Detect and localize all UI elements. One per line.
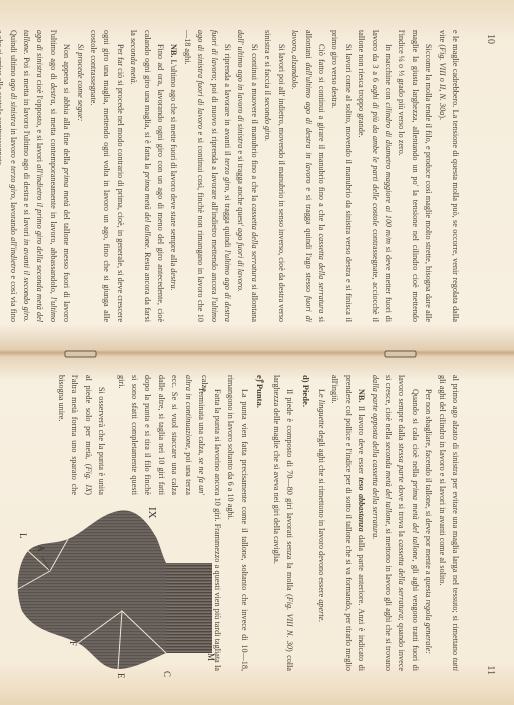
paper-speck xyxy=(261,380,264,383)
paragraph: Per non sbagliare, facendo il tallone, s… xyxy=(422,375,435,671)
page-number: 10 xyxy=(485,34,496,44)
figure-label-l: L xyxy=(18,533,28,539)
paragraph: Quando si cala cioè nella prima metà del… xyxy=(368,375,422,671)
paragraph: La punta vien fatta precisamente come il… xyxy=(224,375,251,671)
figure-label-c: C xyxy=(162,671,172,677)
section-heading: e) Punta. xyxy=(253,375,266,671)
paragraph: NB. L'ultimo ago che si mette fuori di l… xyxy=(167,30,180,322)
paragraph: NB. Il lavoro deve esser teso abbastanza… xyxy=(328,375,368,671)
page-11: 11 al primo ago alzato di sinistra per e… xyxy=(0,353,514,705)
figure-label-f: F xyxy=(68,641,78,646)
paragraph: e le maglie cadrebbero. La tensione di q… xyxy=(435,30,462,322)
book-spread: 10 e le maglie cadrebbero. La tensione d… xyxy=(0,0,514,705)
paragraph: al primo ago alzato di sinistra per evit… xyxy=(435,375,462,671)
paragraph: Ciò fatto si continui a girare il manubr… xyxy=(288,30,328,322)
scan-viewport: 10 e le maglie cadrebbero. La tensione d… xyxy=(0,0,514,705)
page-10: 10 e le maglie cadrebbero. La tensione d… xyxy=(0,0,514,352)
figure-label-m: M xyxy=(206,653,216,661)
paragraph: Si continui a muovere il manubrio fino a… xyxy=(234,30,261,322)
page-10-body: e le maglie cadrebbero. La tensione di q… xyxy=(0,30,462,322)
figure-block: Terminata una calza, se ne fa un' altra … xyxy=(13,375,218,675)
paragraph: Si procede come segue: xyxy=(73,30,86,322)
paragraph: Si riprenda a lavorare in avanti il terz… xyxy=(180,30,234,322)
paragraph: Si osserverà che la punta è unita al pie… xyxy=(55,375,109,495)
paragraph: Fino ad ora, lavorando ogni giro con un … xyxy=(127,30,167,322)
figure-side-text: Terminata una calza, se ne fa un' altra … xyxy=(49,375,208,495)
paragraph: In macchine con cilindro di diametro mag… xyxy=(355,30,395,322)
paragraph: Siccome la molla tende il filo, e produc… xyxy=(395,30,435,322)
figure-label-e: E xyxy=(116,673,126,679)
paragraph: Le linguette degli aghi che si rimettono… xyxy=(315,375,328,671)
page-11-body: al primo ago alzato di sinistra per evit… xyxy=(197,375,462,671)
stocking-drawing-icon xyxy=(13,493,218,693)
stocking-illustration: M C E F A L IX xyxy=(13,493,218,693)
page-number: 11 xyxy=(485,665,496,675)
paragraph: Si lavori come al solito, movendo il man… xyxy=(328,30,355,322)
paragraph: Per far ciò si procede nel modo contrari… xyxy=(87,30,127,322)
figure-label-a: A xyxy=(36,545,46,552)
figure-caption: IX xyxy=(146,507,158,519)
staple-bottom xyxy=(65,351,97,358)
paragraph: Non appena si abbia alla fine della prim… xyxy=(0,30,73,322)
staple-top xyxy=(385,351,417,358)
paragraph: Terminata una calza, se ne fa un' altra … xyxy=(114,375,208,495)
paragraph: Si lavori poi all' indietro, movendo il … xyxy=(261,30,288,322)
paragraph: Il piede è composto di 70—80 giri lavora… xyxy=(269,375,296,671)
section-heading: d) Piede. xyxy=(298,375,311,671)
